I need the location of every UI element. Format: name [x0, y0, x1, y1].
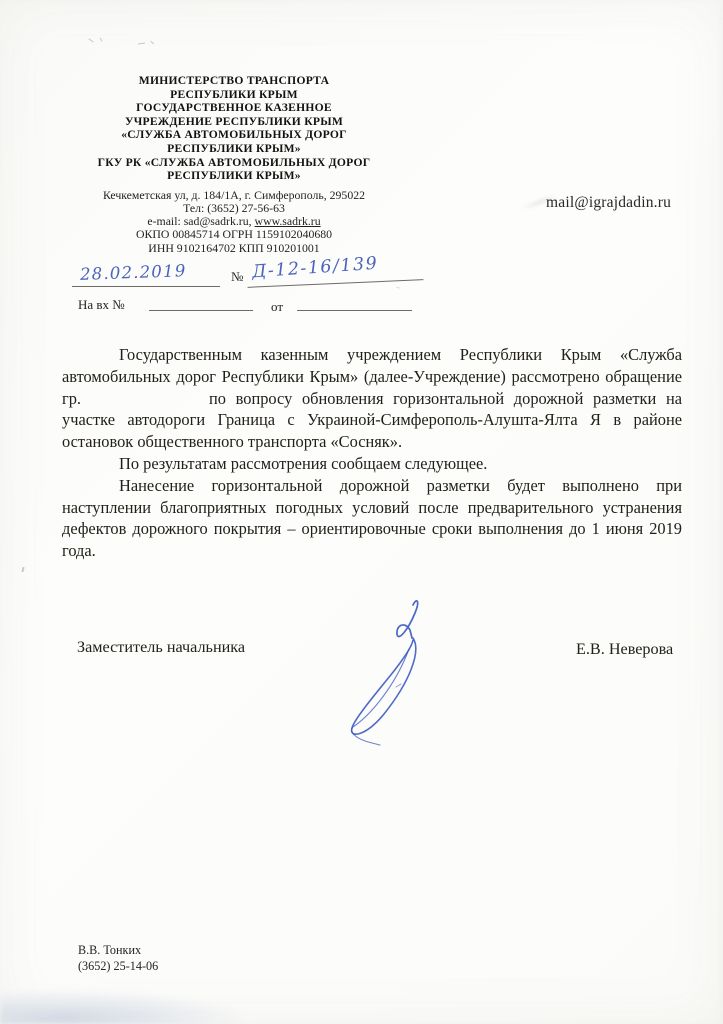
letterhead-contacts: Кечкеметская ул, д. 184/1А, г. Симферопо…: [58, 189, 410, 255]
org-name-line: РЕСПУБЛИКИ КРЫМ»: [58, 169, 410, 183]
incoming-number-label: На вх №: [78, 297, 125, 313]
signature-ink: [300, 592, 450, 757]
executor-name: В.В. Тонких: [78, 942, 158, 958]
pen-mark: [88, 38, 94, 43]
letterhead-email: e-mail: sad@sadrk.ru,: [147, 214, 251, 228]
org-name-line: «СЛУЖБА АВТОМОБИЛЬНЫХ ДОРОГ: [58, 128, 410, 142]
scan-smudge: [0, 988, 250, 1024]
number-label: №: [231, 269, 243, 285]
org-name-line: РЕСПУБЛИКИ КРЫМ: [58, 88, 410, 102]
paragraph: По результатам рассмотрения сообщаем сле…: [62, 453, 682, 475]
org-name-line: МИНИСТЕРСТВО ТРАНСПОРТА: [58, 74, 410, 88]
executor-block: В.В. Тонких (3652) 25-14-06: [78, 942, 158, 974]
letterhead: МИНИСТЕРСТВО ТРАНСПОРТА РЕСПУБЛИКИ КРЫМ …: [58, 74, 410, 255]
from-date-underline: [297, 294, 412, 311]
letterhead-website: www.sadrk.ru: [255, 214, 321, 228]
incoming-number-underline: [149, 294, 253, 311]
recipient-email: mail@igrajdadin.ru: [546, 194, 671, 212]
handwritten-date: 28.02.2019: [80, 261, 187, 284]
signer-name: Е.В. Неверова: [576, 640, 673, 659]
from-date-label: от: [271, 299, 283, 315]
org-name-line: УЧРЕЖДЕНИЕ РЕСПУБЛИКИ КРЫМ: [58, 115, 410, 129]
pen-mark: [396, 286, 400, 288]
pen-mark: [138, 43, 145, 45]
organization-name: МИНИСТЕРСТВО ТРАНСПОРТА РЕСПУБЛИКИ КРЫМ …: [58, 74, 410, 183]
letterhead-okpo-ogrn: ОКПО 00845714 ОГРН 1159102040680: [58, 228, 410, 241]
letterhead-address: Кечкеметская ул, д. 184/1А, г. Симферопо…: [58, 189, 410, 202]
paragraph-text: по вопросу обновления горизонтальной дор…: [62, 389, 682, 452]
scanned-letter-page: МИНИСТЕРСТВО ТРАНСПОРТА РЕСПУБЛИКИ КРЫМ …: [0, 0, 723, 1024]
org-name-line: ГКУ РК «СЛУЖБА АВТОМОБИЛЬНЫХ ДОРОГ: [58, 156, 410, 170]
paragraph: Государственным казенным учреждением Рес…: [62, 344, 682, 453]
letter-body: Государственным казенным учреждением Рес…: [62, 344, 682, 562]
pen-mark: [21, 567, 24, 572]
pen-mark: [99, 38, 102, 42]
paragraph: Нанесение горизонтальной дорожной размет…: [62, 475, 682, 562]
org-name-line: РЕСПУБЛИКИ КРЫМ»: [58, 142, 410, 156]
executor-phone: (3652) 25-14-06: [78, 958, 158, 974]
pen-mark: [150, 41, 154, 45]
letterhead-inn-kpp: ИНН 9102164702 КПП 910201001: [58, 242, 410, 255]
signer-position-title: Заместитель начальника: [77, 638, 245, 657]
org-name-line: ГОСУДАРСТВЕННОЕ КАЗЕННОЕ: [58, 101, 410, 115]
